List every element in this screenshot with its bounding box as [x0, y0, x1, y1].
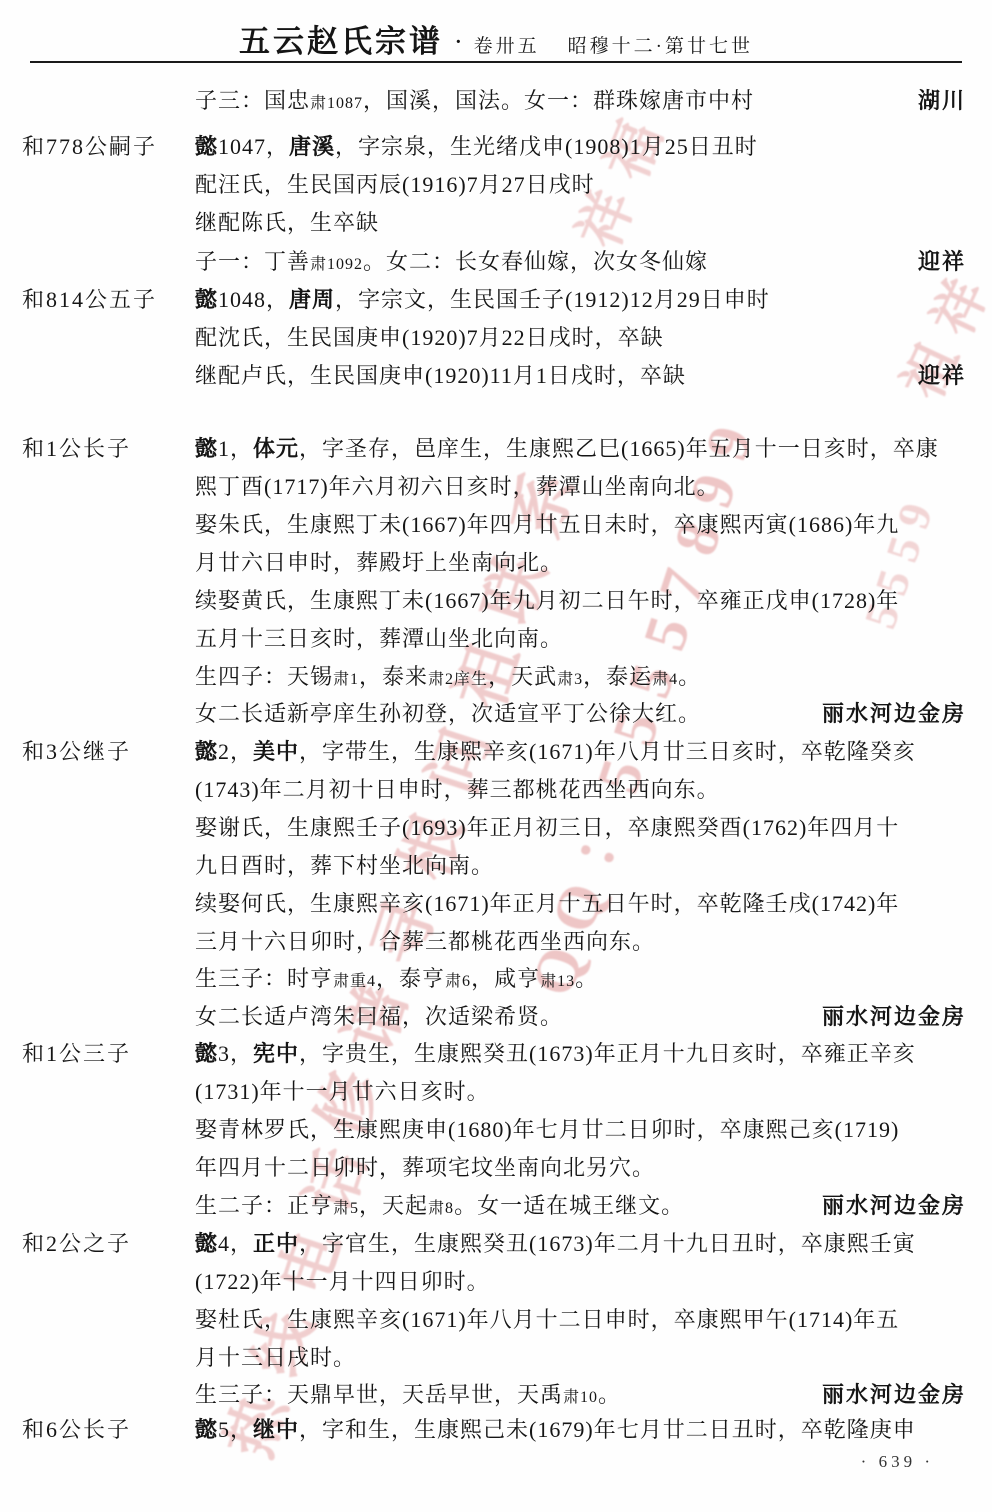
line-text: 续娶何氏，生康熙辛亥(1671)年正月十五日午时，卒乾隆壬戌(1742)年	[195, 887, 899, 918]
text-segment: (1743)年二月初十日申时，葬三都桃花西坐西向东。	[195, 777, 720, 802]
text-segment: 5，	[218, 1417, 253, 1442]
text-segment: 续娶黄氏，生康熙丁未(1667)年九月初二日午时，卒雍正戊申(1728)年	[195, 588, 899, 613]
genealogy-line: 女二长适卢湾朱曰福，次适梁希贤。丽水河边金房	[0, 1000, 992, 1030]
text-segment: ，国溪，国法。女一：群珠嫁唐市中村	[363, 88, 754, 113]
text-segment: ，泰来	[359, 664, 428, 689]
text-segment: (1722)年十一月十四日卯时。	[195, 1269, 490, 1294]
genealogy-line: (1722)年十一月十四日卯时。	[0, 1265, 992, 1295]
branch-annotation: 丽水河边金房	[822, 1378, 966, 1409]
order-annotation: 肃2庠生	[428, 671, 488, 688]
line-text: 娶杜氏，生康熙辛亥(1671)年八月十二日申时，卒康熙甲午(1714)年五	[195, 1303, 899, 1334]
person-name: 懿	[195, 739, 218, 764]
genealogy-line: 生三子：时亨肃重4，泰亨肃6，咸亨肃13。	[0, 962, 992, 992]
line-text: 娶青林罗氏，生康熙庚申(1680)年七月廿二日卯时，卒康熙己亥(1719)	[195, 1113, 899, 1144]
genealogy-line: 熙丁酉(1717)年六月初六日亥时，葬潭山坐南向北。	[0, 470, 992, 500]
line-text: 年四月十二日卯时，葬项宅坟坐南向北另穴。	[195, 1151, 655, 1182]
person-name: 懿	[195, 287, 218, 312]
line-text: 继配陈氏，生卒缺	[195, 206, 379, 237]
line-text: 继配卢氏，生民国庚申(1920)11月1日戌时，卒缺	[195, 359, 686, 390]
text-segment: 4，	[218, 1231, 253, 1256]
text-segment: ，泰运	[583, 664, 652, 689]
order-annotation: 肃6	[445, 973, 471, 990]
margin-father-label: 和3公继子	[22, 735, 131, 766]
text-segment: 2，	[218, 739, 253, 764]
genealogy-line: 娶杜氏，生康熙辛亥(1671)年八月十二日申时，卒康熙甲午(1714)年五	[0, 1303, 992, 1333]
genealogy-line: 和2公之子懿4，正中，字官生，生康熙癸丑(1673)年二月十九日丑时，卒康熙壬寅	[0, 1227, 992, 1257]
line-text: 配汪氏，生民国丙辰(1916)7月27日戌时	[195, 168, 595, 199]
text-segment: 月十三日戌时。	[195, 1345, 356, 1370]
text-segment: ，天武	[488, 664, 557, 689]
person-name: 唐周	[289, 287, 335, 312]
person-name: 懿	[195, 134, 218, 159]
order-annotation: 肃1	[333, 671, 359, 688]
body-lines: 子三：国忠肃1087，国溪，国法。女一：群珠嫁唐市中村湖川和778公嗣子懿104…	[0, 0, 992, 1512]
line-text: 熙丁酉(1717)年六月初六日亥时，葬潭山坐南向北。	[195, 470, 720, 501]
text-segment: 九日酉时，葬下村坐北向南。	[195, 853, 494, 878]
line-text: 懿1047，唐溪，字宗泉，生光绪戊申(1908)1月25日丑时	[195, 130, 758, 161]
line-text: 生三子：时亨肃重4，泰亨肃6，咸亨肃13。	[195, 962, 598, 993]
line-text: 九日酉时，葬下村坐北向南。	[195, 849, 494, 880]
genealogy-line: 继配陈氏，生卒缺	[0, 206, 992, 236]
text-segment: 生三子：天鼎早世，天岳早世，天禹	[195, 1382, 563, 1407]
line-text: 五月十三日亥时，葬潭山坐北向南。	[195, 622, 563, 653]
branch-annotation: 迎祥	[918, 359, 966, 390]
line-text: (1731)年十一月廿六日亥时。	[195, 1075, 490, 1106]
branch-annotation: 丽水河边金房	[822, 1000, 966, 1031]
genealogy-line: 娶朱氏，生康熙丁未(1667)年四月廿五日未时，卒康熙丙寅(1686)年九	[0, 508, 992, 538]
margin-father-label: 和814公五子	[22, 283, 157, 314]
branch-annotation: 湖川	[918, 84, 966, 115]
text-segment: 3，	[218, 1041, 253, 1066]
order-annotation: 肃5	[333, 1200, 359, 1217]
order-annotation: 肃13	[540, 973, 575, 990]
text-segment: 1047，	[218, 134, 289, 159]
text-segment: 。女一适在城王继文。	[454, 1193, 684, 1218]
genealogy-line: 和778公嗣子懿1047，唐溪，字宗泉，生光绪戊申(1908)1月25日丑时	[0, 130, 992, 160]
line-text: 女二长适新亭庠生孙初登，次适宣平丁公徐大红。	[195, 697, 701, 728]
text-segment: 月廿六日申时，葬殿圩上坐南向北。	[195, 550, 563, 575]
genealogy-page: 修谱寻根问祖联系QQ：55557899热线电话祥福祖祥5559 五云赵氏宗谱·卷…	[0, 0, 992, 1512]
text-segment: 继配陈氏，生卒缺	[195, 210, 379, 235]
text-segment: 1048，	[218, 287, 289, 312]
line-text: 懿4，正中，字官生，生康熙癸丑(1673)年二月十九日丑时，卒康熙壬寅	[195, 1227, 916, 1258]
genealogy-line: 配汪氏，生民国丙辰(1916)7月27日戌时	[0, 168, 992, 198]
text-segment: ，字贵生，生康熙癸丑(1673)年正月十九日亥时，卒雍正辛亥	[299, 1041, 916, 1066]
text-segment: 。	[678, 664, 701, 689]
text-segment: ，咸亨	[471, 966, 540, 991]
text-segment: ，字带生，生康熙辛亥(1671)年八月廿三日亥时，卒乾隆癸亥	[299, 739, 916, 764]
text-segment: 。	[575, 966, 598, 991]
person-name: 唐溪	[289, 134, 335, 159]
text-segment: ，天起	[359, 1193, 428, 1218]
person-name: 美中	[253, 739, 299, 764]
margin-father-label: 和6公长子	[22, 1413, 131, 1444]
line-text: 懿1，体元，字圣存，邑庠生，生康熙乙巳(1665)年五月十一日亥时，卒康	[195, 432, 939, 463]
order-annotation: 肃8	[428, 1200, 454, 1217]
text-segment: 娶谢氏，生康熙壬子(1693)年正月初三日，卒康熙癸酉(1762)年四月十	[195, 815, 899, 840]
genealogy-line: 配沈氏，生民国庚申(1920)7月22日戌时，卒缺	[0, 321, 992, 351]
genealogy-line: 娶青林罗氏，生康熙庚申(1680)年七月廿二日卯时，卒康熙己亥(1719)	[0, 1113, 992, 1143]
text-segment: 子一：丁善	[195, 249, 310, 274]
text-segment: 。	[598, 1382, 621, 1407]
person-name: 懿	[195, 1231, 218, 1256]
genealogy-line: 和814公五子懿1048，唐周，字宗文，生民国壬子(1912)12月29日申时	[0, 283, 992, 313]
genealogy-line: 女二长适新亭庠生孙初登，次适宣平丁公徐大红。丽水河边金房	[0, 697, 992, 727]
genealogy-line: 九日酉时，葬下村坐北向南。	[0, 849, 992, 879]
genealogy-line: 继配卢氏，生民国庚申(1920)11月1日戌时，卒缺迎祥	[0, 359, 992, 389]
text-segment: ，字宗泉，生光绪戊申(1908)1月25日丑时	[335, 134, 758, 159]
genealogy-line: 续娶何氏，生康熙辛亥(1671)年正月十五日午时，卒乾隆壬戌(1742)年	[0, 887, 992, 917]
page-number: · 639 ·	[861, 1452, 934, 1472]
line-text: 配沈氏，生民国庚申(1920)7月22日戌时，卒缺	[195, 321, 664, 352]
line-text: (1743)年二月初十日申时，葬三都桃花西坐西向东。	[195, 773, 720, 804]
line-text: 懿5，继中，字和生，生康熙己未(1679)年七月廿二日丑时，卒乾隆庚申	[195, 1413, 916, 1444]
genealogy-line: 和6公长子懿5，继中，字和生，生康熙己未(1679)年七月廿二日丑时，卒乾隆庚申	[0, 1413, 992, 1443]
line-text: 懿2，美中，字带生，生康熙辛亥(1671)年八月廿三日亥时，卒乾隆癸亥	[195, 735, 916, 766]
genealogy-line: 续娶黄氏，生康熙丁未(1667)年九月初二日午时，卒雍正戊申(1728)年	[0, 584, 992, 614]
line-text: 生四子：天锡肃1，泰来肃2庠生，天武肃3，泰运肃4。	[195, 660, 701, 691]
line-text: 生三子：天鼎早世，天岳早世，天禹肃10。	[195, 1378, 621, 1409]
genealogy-line: 生二子：正亨肃5，天起肃8。女一适在城王继文。丽水河边金房	[0, 1189, 992, 1219]
branch-annotation: 迎祥	[918, 245, 966, 276]
order-annotation: 肃3	[557, 671, 583, 688]
line-text: 懿1048，唐周，字宗文，生民国壬子(1912)12月29日申时	[195, 283, 770, 314]
line-text: 月十三日戌时。	[195, 1341, 356, 1372]
text-segment: 续娶何氏，生康熙辛亥(1671)年正月十五日午时，卒乾隆壬戌(1742)年	[195, 891, 899, 916]
text-segment: 三月十六日卯时，合葬三都桃花西坐西向东。	[195, 929, 655, 954]
line-text: 生二子：正亨肃5，天起肃8。女一适在城王继文。	[195, 1189, 684, 1220]
line-text: (1722)年十一月十四日卯时。	[195, 1265, 490, 1296]
branch-annotation: 丽水河边金房	[822, 697, 966, 728]
text-segment: 娶朱氏，生康熙丁未(1667)年四月廿五日未时，卒康熙丙寅(1686)年九	[195, 512, 899, 537]
text-segment: 女二长适卢湾朱曰福，次适梁希贤。	[195, 1004, 563, 1029]
line-text: 娶朱氏，生康熙丁未(1667)年四月廿五日未时，卒康熙丙寅(1686)年九	[195, 508, 899, 539]
line-text: 女二长适卢湾朱曰福，次适梁希贤。	[195, 1000, 563, 1031]
text-segment: (1731)年十一月廿六日亥时。	[195, 1079, 490, 1104]
text-segment: 娶青林罗氏，生康熙庚申(1680)年七月廿二日卯时，卒康熙己亥(1719)	[195, 1117, 899, 1142]
line-text: 懿3，宪中，字贵生，生康熙癸丑(1673)年正月十九日亥时，卒雍正辛亥	[195, 1037, 916, 1068]
order-annotation: 肃重4	[333, 973, 376, 990]
text-segment: 继配卢氏，生民国庚申(1920)11月1日戌时，卒缺	[195, 363, 686, 388]
order-annotation: 肃4	[652, 671, 678, 688]
genealogy-line: 年四月十二日卯时，葬项宅坟坐南向北另穴。	[0, 1151, 992, 1181]
text-segment: 熙丁酉(1717)年六月初六日亥时，葬潭山坐南向北。	[195, 474, 720, 499]
genealogy-line: (1731)年十一月廿六日亥时。	[0, 1075, 992, 1105]
text-segment: 生四子：天锡	[195, 664, 333, 689]
line-text: 子三：国忠肃1087，国溪，国法。女一：群珠嫁唐市中村	[195, 84, 754, 115]
text-segment: 。女二：长女春仙嫁，次女冬仙嫁	[363, 249, 708, 274]
margin-father-label: 和1公长子	[22, 432, 131, 463]
genealogy-line: 子三：国忠肃1087，国溪，国法。女一：群珠嫁唐市中村湖川	[0, 84, 992, 114]
person-name: 宪中	[253, 1041, 299, 1066]
text-segment: 子三：国忠	[195, 88, 310, 113]
genealogy-line: 三月十六日卯时，合葬三都桃花西坐西向东。	[0, 925, 992, 955]
person-name: 懿	[195, 1417, 218, 1442]
genealogy-line: (1743)年二月初十日申时，葬三都桃花西坐西向东。	[0, 773, 992, 803]
text-segment: 女二长适新亭庠生孙初登，次适宣平丁公徐大红。	[195, 701, 701, 726]
order-annotation: 肃1087	[310, 95, 363, 112]
genealogy-line: 子一：丁善肃1092。女二：长女春仙嫁，次女冬仙嫁迎祥	[0, 245, 992, 275]
text-segment: 生三子：时亨	[195, 966, 333, 991]
genealogy-line: 和1公长子懿1，体元，字圣存，邑庠生，生康熙乙巳(1665)年五月十一日亥时，卒…	[0, 432, 992, 462]
margin-father-label: 和1公三子	[22, 1037, 131, 1068]
text-segment: 配汪氏，生民国丙辰(1916)7月27日戌时	[195, 172, 595, 197]
genealogy-line: 月十三日戌时。	[0, 1341, 992, 1371]
margin-father-label: 和778公嗣子	[22, 130, 157, 161]
person-name: 正中	[253, 1231, 299, 1256]
text-segment: ，字和生，生康熙己未(1679)年七月廿二日丑时，卒乾隆庚申	[299, 1417, 916, 1442]
genealogy-line: 生四子：天锡肃1，泰来肃2庠生，天武肃3，泰运肃4。	[0, 660, 992, 690]
genealogy-line: 和3公继子懿2，美中，字带生，生康熙辛亥(1671)年八月廿三日亥时，卒乾隆癸亥	[0, 735, 992, 765]
person-name: 懿	[195, 1041, 218, 1066]
person-name: 体元	[253, 436, 299, 461]
genealogy-line: 娶谢氏，生康熙壬子(1693)年正月初三日，卒康熙癸酉(1762)年四月十	[0, 811, 992, 841]
order-annotation: 肃1092	[310, 256, 363, 273]
line-text: 续娶黄氏，生康熙丁未(1667)年九月初二日午时，卒雍正戊申(1728)年	[195, 584, 899, 615]
genealogy-line: 五月十三日亥时，葬潭山坐北向南。	[0, 622, 992, 652]
order-annotation: 肃10	[563, 1389, 598, 1406]
text-segment: ，字宗文，生民国壬子(1912)12月29日申时	[335, 287, 770, 312]
line-text: 娶谢氏，生康熙壬子(1693)年正月初三日，卒康熙癸酉(1762)年四月十	[195, 811, 899, 842]
text-segment: 配沈氏，生民国庚申(1920)7月22日戌时，卒缺	[195, 325, 664, 350]
line-text: 月廿六日申时，葬殿圩上坐南向北。	[195, 546, 563, 577]
line-text: 子一：丁善肃1092。女二：长女春仙嫁，次女冬仙嫁	[195, 245, 708, 276]
text-segment: 生二子：正亨	[195, 1193, 333, 1218]
margin-father-label: 和2公之子	[22, 1227, 131, 1258]
branch-annotation: 丽水河边金房	[822, 1189, 966, 1220]
text-segment: 五月十三日亥时，葬潭山坐北向南。	[195, 626, 563, 651]
genealogy-line: 生三子：天鼎早世，天岳早世，天禹肃10。丽水河边金房	[0, 1378, 992, 1408]
text-segment: 1，	[218, 436, 253, 461]
person-name: 懿	[195, 436, 218, 461]
text-segment: ，字官生，生康熙癸丑(1673)年二月十九日丑时，卒康熙壬寅	[299, 1231, 916, 1256]
genealogy-line: 月廿六日申时，葬殿圩上坐南向北。	[0, 546, 992, 576]
person-name: 继中	[253, 1417, 299, 1442]
genealogy-line: 和1公三子懿3，宪中，字贵生，生康熙癸丑(1673)年正月十九日亥时，卒雍正辛亥	[0, 1037, 992, 1067]
text-segment: 年四月十二日卯时，葬项宅坟坐南向北另穴。	[195, 1155, 655, 1180]
text-segment: ，泰亨	[376, 966, 445, 991]
text-segment: ，字圣存，邑庠生，生康熙乙巳(1665)年五月十一日亥时，卒康	[299, 436, 939, 461]
line-text: 三月十六日卯时，合葬三都桃花西坐西向东。	[195, 925, 655, 956]
text-segment: 娶杜氏，生康熙辛亥(1671)年八月十二日申时，卒康熙甲午(1714)年五	[195, 1307, 899, 1332]
